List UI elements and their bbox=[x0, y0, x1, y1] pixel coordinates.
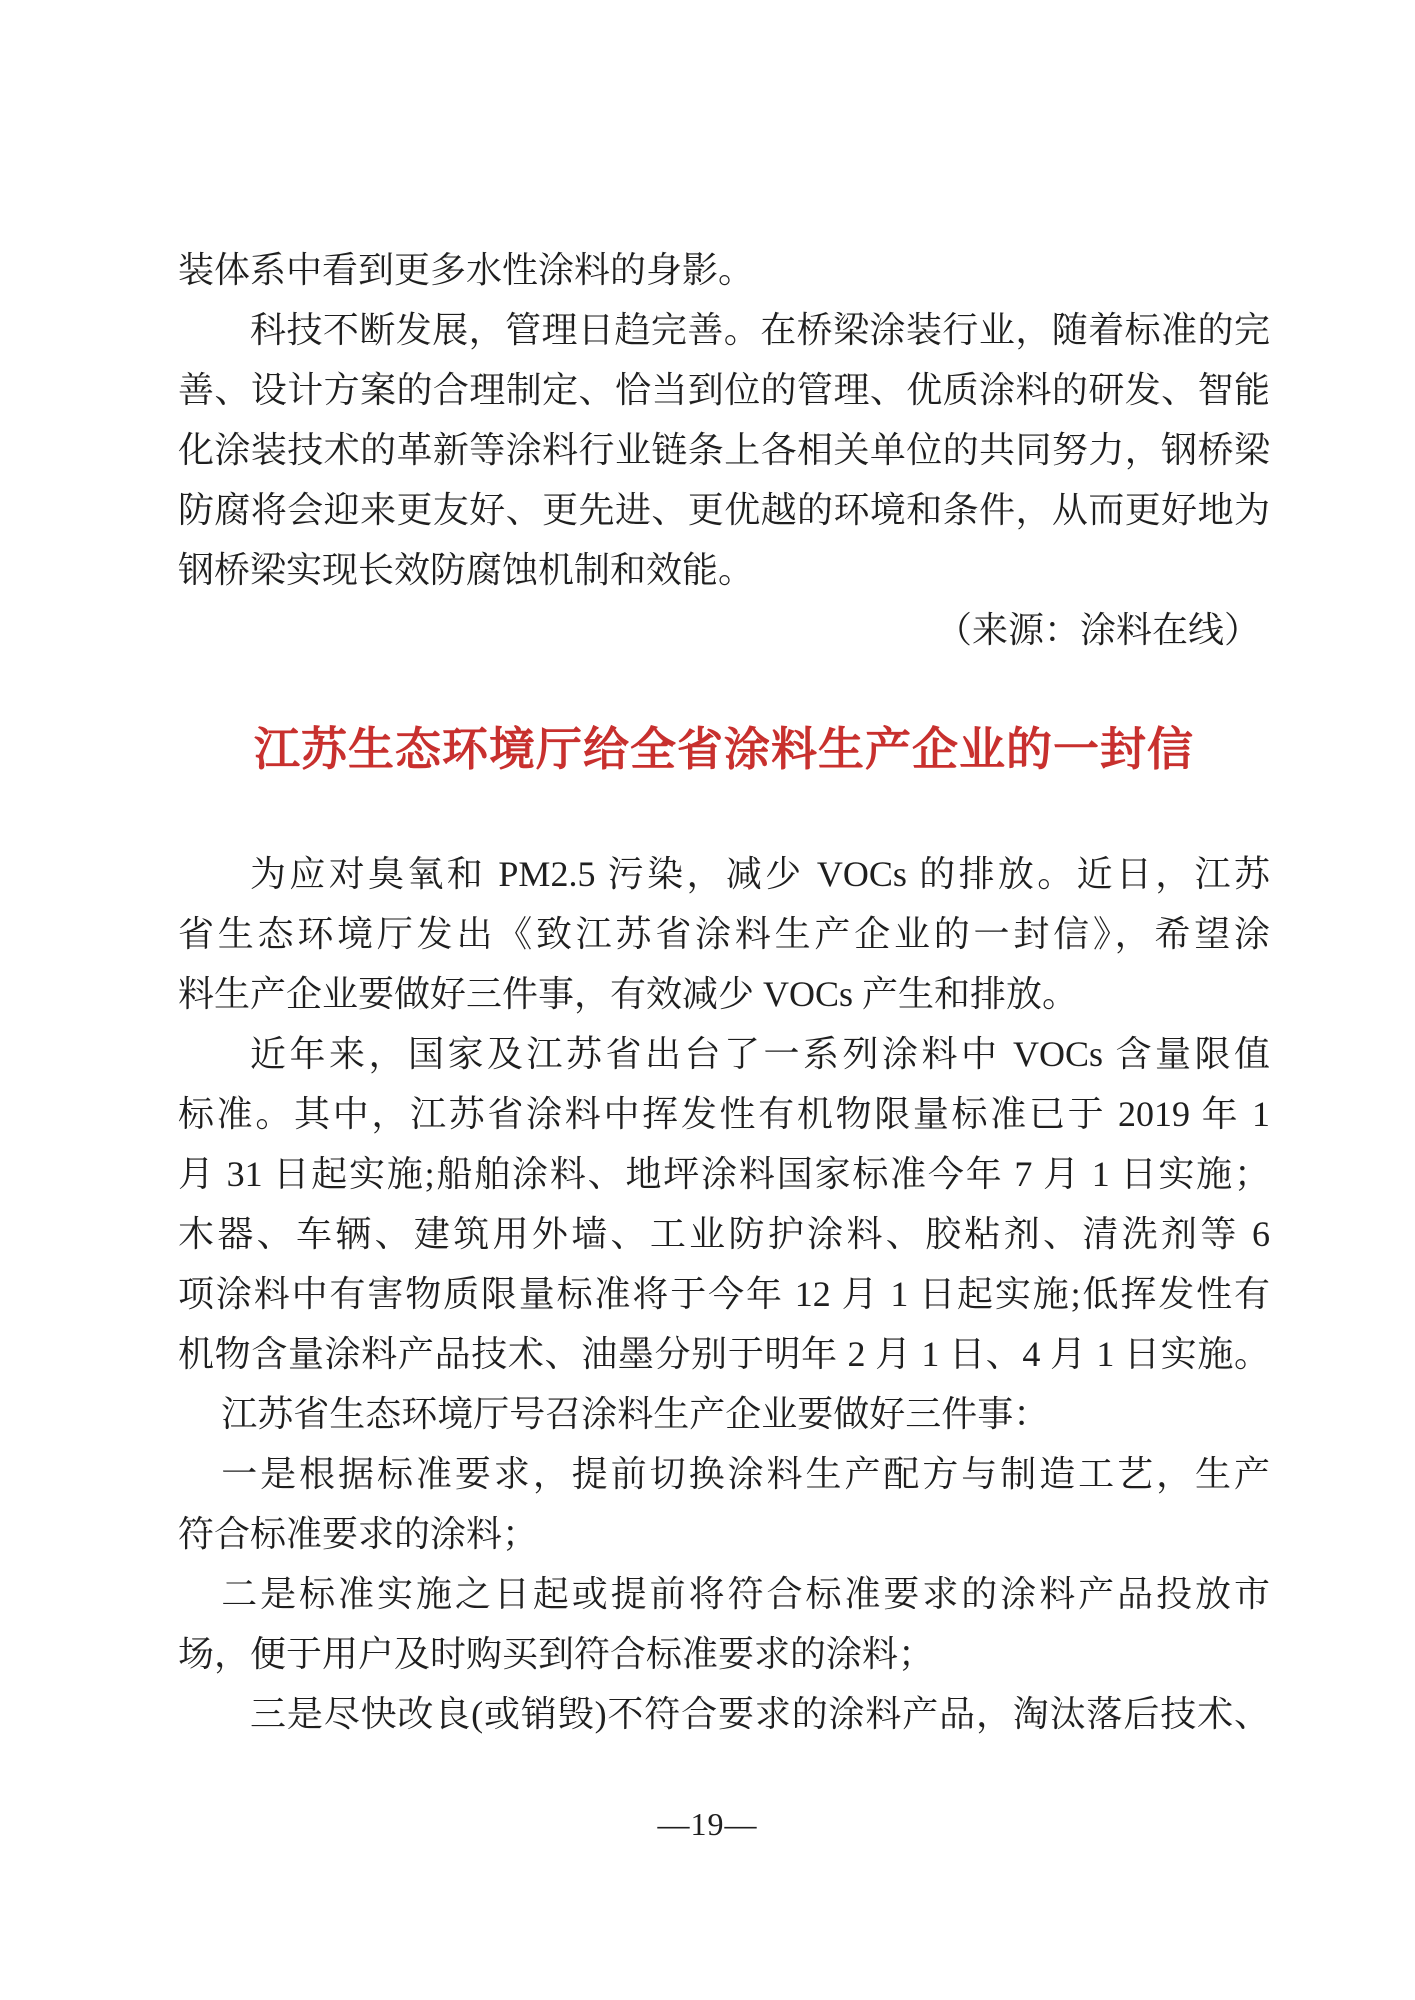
document-page: 装体系中看到更多水性涂料的身影。科技不断发展，管理日趋完善。在桥梁涂装行业，随着… bbox=[0, 0, 1415, 2000]
text-line: 三是尽快改良(或销毁)不符合要求的涂料产品，淘汰落后技术、 bbox=[178, 1684, 1270, 1744]
text-line: 项涂料中有害物质限量标准将于今年 12 月 1 日起实施;低挥发性有 bbox=[178, 1264, 1270, 1324]
page-text-content: 装体系中看到更多水性涂料的身影。科技不断发展，管理日趋完善。在桥梁涂装行业，随着… bbox=[178, 240, 1270, 1744]
page-number: —19— bbox=[0, 1806, 1415, 1842]
text-line: 科技不断发展，管理日趋完善。在桥梁涂装行业，随着标准的完 bbox=[178, 300, 1270, 360]
text-line: 钢桥梁实现长效防腐蚀机制和效能。 bbox=[178, 540, 1270, 600]
text-line: 月 31 日起实施;船舶涂料、地坪涂料国家标准今年 7 月 1 日实施； bbox=[178, 1144, 1270, 1204]
text-line: 防腐将会迎来更友好、更先进、更优越的环境和条件，从而更好地为 bbox=[178, 480, 1270, 540]
text-line: 符合标准要求的涂料； bbox=[178, 1504, 1270, 1564]
text-line: 标准。其中，江苏省涂料中挥发性有机物限量标准已于 2019 年 1 bbox=[178, 1084, 1270, 1144]
text-line: 省生态环境厅发出《致江苏省涂料生产企业的一封信》，希望涂 bbox=[178, 904, 1270, 964]
text-line: 机物含量涂料产品技术、油墨分别于明年 2 月 1 日、4 月 1 日实施。 bbox=[178, 1324, 1270, 1384]
text-line: 木器、车辆、建筑用外墙、工业防护涂料、胶粘剂、清洗剂等 6 bbox=[178, 1204, 1270, 1264]
text-line: 二是标准实施之日起或提前将符合标准要求的涂料产品投放市 bbox=[178, 1564, 1270, 1624]
source-attribution: （来源：涂料在线） bbox=[178, 600, 1270, 660]
text-line: 场，便于用户及时购买到符合标准要求的涂料； bbox=[178, 1624, 1270, 1684]
text-line: 一是根据标准要求，提前切换涂料生产配方与制造工艺，生产 bbox=[178, 1444, 1270, 1504]
letter-article-lines: 为应对臭氧和 PM2.5 污染，减少 VOCs 的排放。近日，江苏省生态环境厅发… bbox=[178, 844, 1270, 1744]
prev-article-lines: 装体系中看到更多水性涂料的身影。科技不断发展，管理日趋完善。在桥梁涂装行业，随着… bbox=[178, 240, 1270, 660]
text-line: 江苏省生态环境厅号召涂料生产企业要做好三件事： bbox=[178, 1384, 1270, 1444]
text-line: 化涂装技术的革新等涂料行业链条上各相关单位的共同努力，钢桥梁 bbox=[178, 420, 1270, 480]
text-line: 近年来，国家及江苏省出台了一系列涂料中 VOCs 含量限值 bbox=[178, 1024, 1270, 1084]
text-line: 料生产企业要做好三件事，有效减少 VOCs 产生和排放。 bbox=[178, 964, 1270, 1024]
text-line: 为应对臭氧和 PM2.5 污染，减少 VOCs 的排放。近日，江苏 bbox=[178, 844, 1270, 904]
text-line: 善、设计方案的合理制定、恰当到位的管理、优质涂料的研发、智能 bbox=[178, 360, 1270, 420]
text-line: 装体系中看到更多水性涂料的身影。 bbox=[178, 240, 1270, 300]
article-title: 江苏生态环境厅给全省涂料生产企业的一封信 bbox=[178, 718, 1270, 782]
